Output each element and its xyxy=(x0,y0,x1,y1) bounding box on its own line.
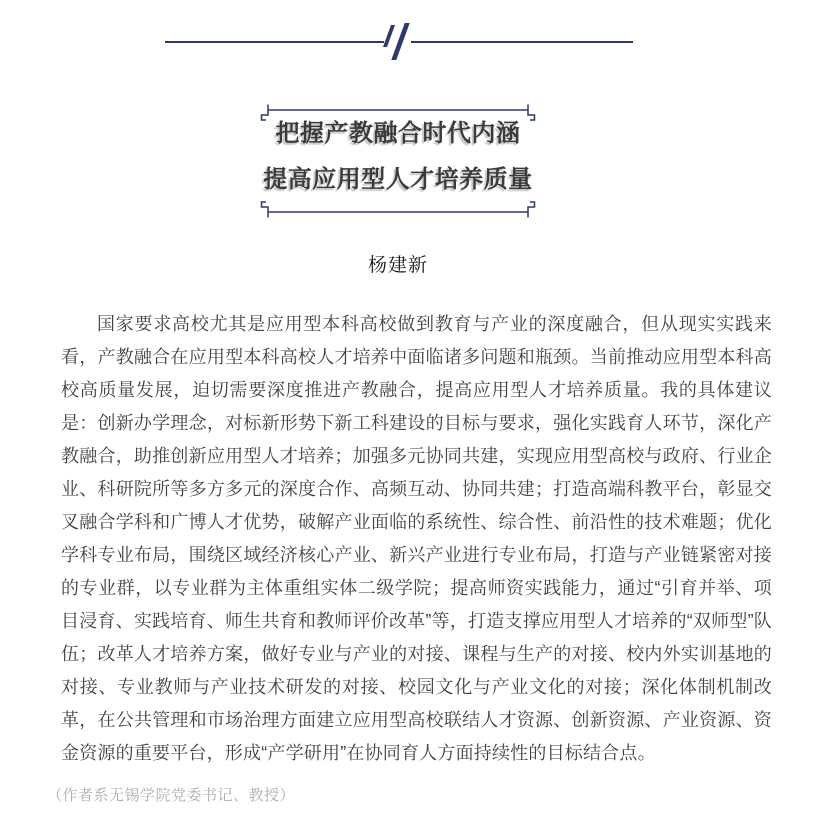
article-title: 把握产教融合时代内涵 提高应用型人才培养质量 xyxy=(258,111,538,203)
frame-corner-bottom-left xyxy=(262,202,269,218)
article-page: 把握产教融合时代内涵 提高应用型人才培养质量 杨建新 国家要求高校尤其是应用型本… xyxy=(0,0,835,838)
article-title-line2: 提高应用型人才培养质量 xyxy=(258,157,538,203)
header-divider xyxy=(165,23,633,65)
article-title-line1: 把握产教融合时代内涵 xyxy=(258,111,538,157)
divider-line-right xyxy=(411,41,633,43)
author-name: 杨建新 xyxy=(258,252,538,279)
slash-mark-long xyxy=(391,23,409,60)
article-body: 国家要求高校尤其是应用型本科高校做到教育与产业的深度融合，但从现实实践来看，产教… xyxy=(61,308,772,770)
frame-corner-bottom-right xyxy=(528,202,535,218)
divider-line-left xyxy=(165,41,384,43)
slash-mark-short xyxy=(383,25,395,47)
author-affiliation-note: （作者系无锡学院党委书记、教授） xyxy=(47,785,295,806)
